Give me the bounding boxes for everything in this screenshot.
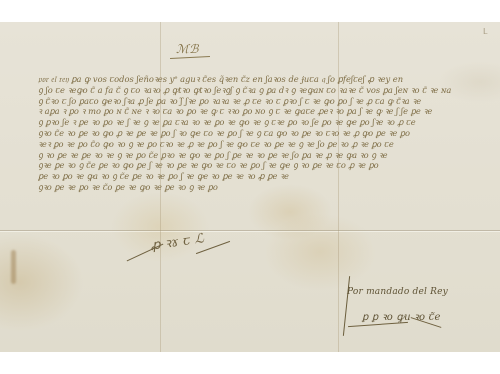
body-line: 𝔭𝔬𝔯 𝔢𝔩 𝔯𝔢𝔶 ꝑa ꝙ vos ꞇodos ʃeñoꝛes yᵉ agu…: [38, 74, 468, 85]
horizontal-fold-line: [0, 230, 500, 231]
body-line: ꝑe ꝛo ꝑo ꝛe ꝙa ꝛo ꝯ ꞇ̃e ꝑe ꝛo ꝛe ꝑo ʃ ꝛe…: [38, 171, 338, 182]
body-line: ꝯ ʃo ꞇe ꝛeꝙo ꞇ̃ a fa ꞇ̃ ꝯ ꞇo ꝛaꝛo ꝓ ꝙtꝛo…: [38, 85, 468, 96]
body-line: ꝛeꝛ ꝑo ꝛe ꝑo ꞇ̃o ꝙo ꝛo ꝯ ꝛe ꝑo ꞇꝛo ꝛe ꝓ …: [38, 139, 468, 150]
body-line: ꝯ ꝑꝛo ʃe ꝛ ꝑe ꝛo ꝑo ꝛe ʃ ꝛe ꝯ ꝛe ꝑa ꞇꝛa …: [38, 117, 468, 128]
water-stain: [11, 250, 16, 284]
corner-mark: ᒪ: [483, 27, 488, 36]
secretary-signature: ꝑ ꝑ ꝛo ꝙu ꝛo ꞇ̃e: [362, 309, 441, 323]
body-line: ꝯꝛo ꞇ̃e ꝛo ꝑe ꝛo ꝙo ꝓ ꝛe ꝑe ꝛe ꝑo ʃ ꝛo ꝙ…: [38, 128, 468, 139]
subscription-formula: Por mandado del Rey: [347, 287, 448, 297]
heading-monogram: ℳℬ: [176, 42, 199, 56]
letter-body: 𝔭𝔬𝔯 𝔢𝔩 𝔯𝔢𝔶 ꝑa ꝙ vos ꞇodos ʃeñoꝛes yᵉ agu…: [38, 74, 468, 193]
manuscript-page: ᒪ ℳℬ 𝔭𝔬𝔯 𝔢𝔩 𝔯𝔢𝔶 ꝑa ꝙ vos ꞇodos ʃeñoꝛes y…: [0, 22, 500, 352]
body-line: ꝯꝛo ꝑe ꝛe ꝑo ꝛe ꞇ̃o ꝑe ꝛe ꝙo ꝛe ꝑe ꝛo ꝯ …: [38, 182, 248, 193]
